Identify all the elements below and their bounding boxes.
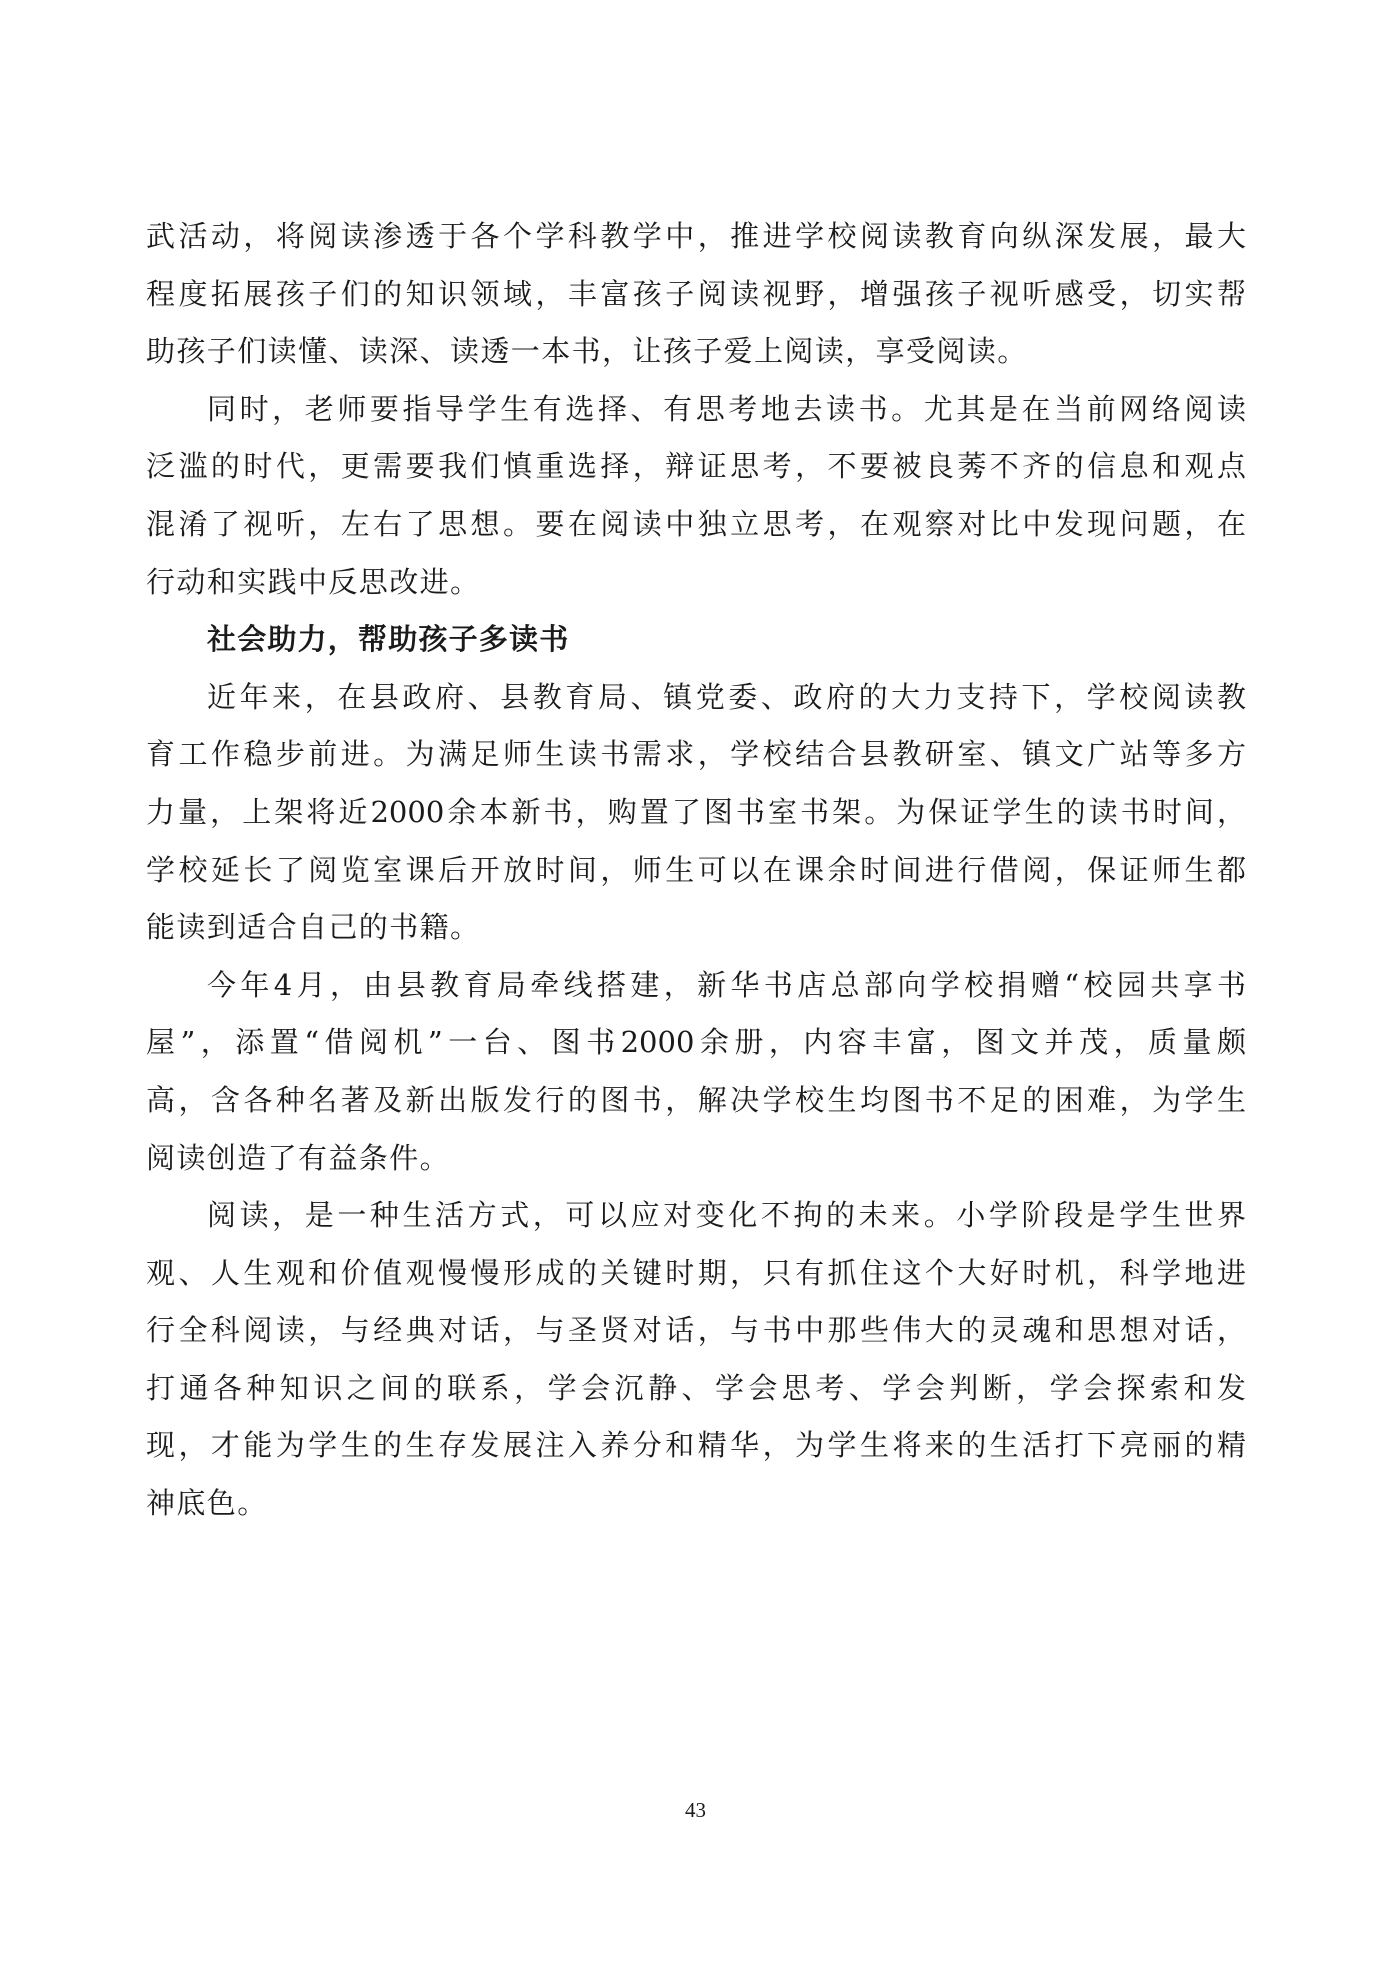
- text-line: 现，才能为学生的生存发展注入养分和精华，为学生将来的生活打下亮丽的精: [146, 1417, 1246, 1475]
- section-heading: 社会助力，帮助孩子多读书: [146, 611, 1246, 669]
- text-line: 同时，老师要指导学生有选择、有思考地去读书。尤其是在当前网络阅读: [146, 381, 1246, 439]
- paragraph-conclusion: 阅读，是一种生活方式，可以应对变化不拘的未来。小学阶段是学生世界 观、人生观和价…: [146, 1187, 1246, 1533]
- text-line: 今年4月，由县教育局牵线搭建，新华书店总部向学校捐赠“校园共享书: [146, 957, 1246, 1015]
- paragraph-continuation: 武活动，将阅读渗透于各个学科教学中，推进学校阅读教育向纵深发展，最大 程度拓展孩…: [146, 208, 1246, 381]
- text-line: 泛滥的时代，更需要我们慎重选择，辩证思考，不要被良莠不齐的信息和观点: [146, 438, 1246, 496]
- paragraph-government-support: 近年来，在县政府、县教育局、镇党委、政府的大力支持下，学校阅读教 育工作稳步前进…: [146, 669, 1246, 957]
- text-line: 行全科阅读，与经典对话，与圣贤对话，与书中那些伟大的灵魂和思想对话，: [146, 1302, 1246, 1360]
- paragraph-guidance: 同时，老师要指导学生有选择、有思考地去读书。尤其是在当前网络阅读 泛滥的时代，更…: [146, 381, 1246, 611]
- text-line: 学校延长了阅览室课后开放时间，师生可以在课余时间进行借阅，保证师生都: [146, 842, 1246, 900]
- text-line: 能读到适合自己的书籍。: [146, 899, 1246, 957]
- text-line: 混淆了视听，左右了思想。要在阅读中独立思考，在观察对比中发现问题，在: [146, 496, 1246, 554]
- text-line: 阅读，是一种生活方式，可以应对变化不拘的未来。小学阶段是学生世界: [146, 1187, 1246, 1245]
- text-line: 程度拓展孩子们的知识领域，丰富孩子阅读视野，增强孩子视听感受，切实帮: [146, 266, 1246, 324]
- paragraph-book-donation: 今年4月，由县教育局牵线搭建，新华书店总部向学校捐赠“校园共享书 屋”，添置“借…: [146, 957, 1246, 1187]
- text-line: 神底色。: [146, 1475, 1246, 1533]
- text-line: 育工作稳步前进。为满足师生读书需求，学校结合县教研室、镇文广站等多方: [146, 726, 1246, 784]
- text-line: 打通各种知识之间的联系，学会沉静、学会思考、学会判断，学会探索和发: [146, 1360, 1246, 1418]
- text-line: 屋”，添置“借阅机”一台、图书2000余册，内容丰富，图文并茂，质量颇: [146, 1014, 1246, 1072]
- text-line: 力量，上架将近2000余本新书，购置了图书室书架。为保证学生的读书时间，: [146, 784, 1246, 842]
- text-line: 观、人生观和价值观慢慢形成的关键时期，只有抓住这个大好时机，科学地进: [146, 1245, 1246, 1303]
- section-heading-text: 社会助力，帮助孩子多读书: [146, 611, 1246, 669]
- document-body: 武活动，将阅读渗透于各个学科教学中，推进学校阅读教育向纵深发展，最大 程度拓展孩…: [146, 208, 1246, 1533]
- text-line: 高，含各种名著及新出版发行的图书，解决学校生均图书不足的困难，为学生: [146, 1072, 1246, 1130]
- text-line: 武活动，将阅读渗透于各个学科教学中，推进学校阅读教育向纵深发展，最大: [146, 208, 1246, 266]
- text-line: 近年来，在县政府、县教育局、镇党委、政府的大力支持下，学校阅读教: [146, 669, 1246, 727]
- text-line: 助孩子们读懂、读深、读透一本书，让孩子爱上阅读，享受阅读。: [146, 323, 1246, 381]
- text-line: 阅读创造了有益条件。: [146, 1130, 1246, 1188]
- text-line: 行动和实践中反思改进。: [146, 554, 1246, 612]
- page-number: 43: [0, 1798, 1391, 1823]
- document-page: 武活动，将阅读渗透于各个学科教学中，推进学校阅读教育向纵深发展，最大 程度拓展孩…: [0, 0, 1391, 1965]
